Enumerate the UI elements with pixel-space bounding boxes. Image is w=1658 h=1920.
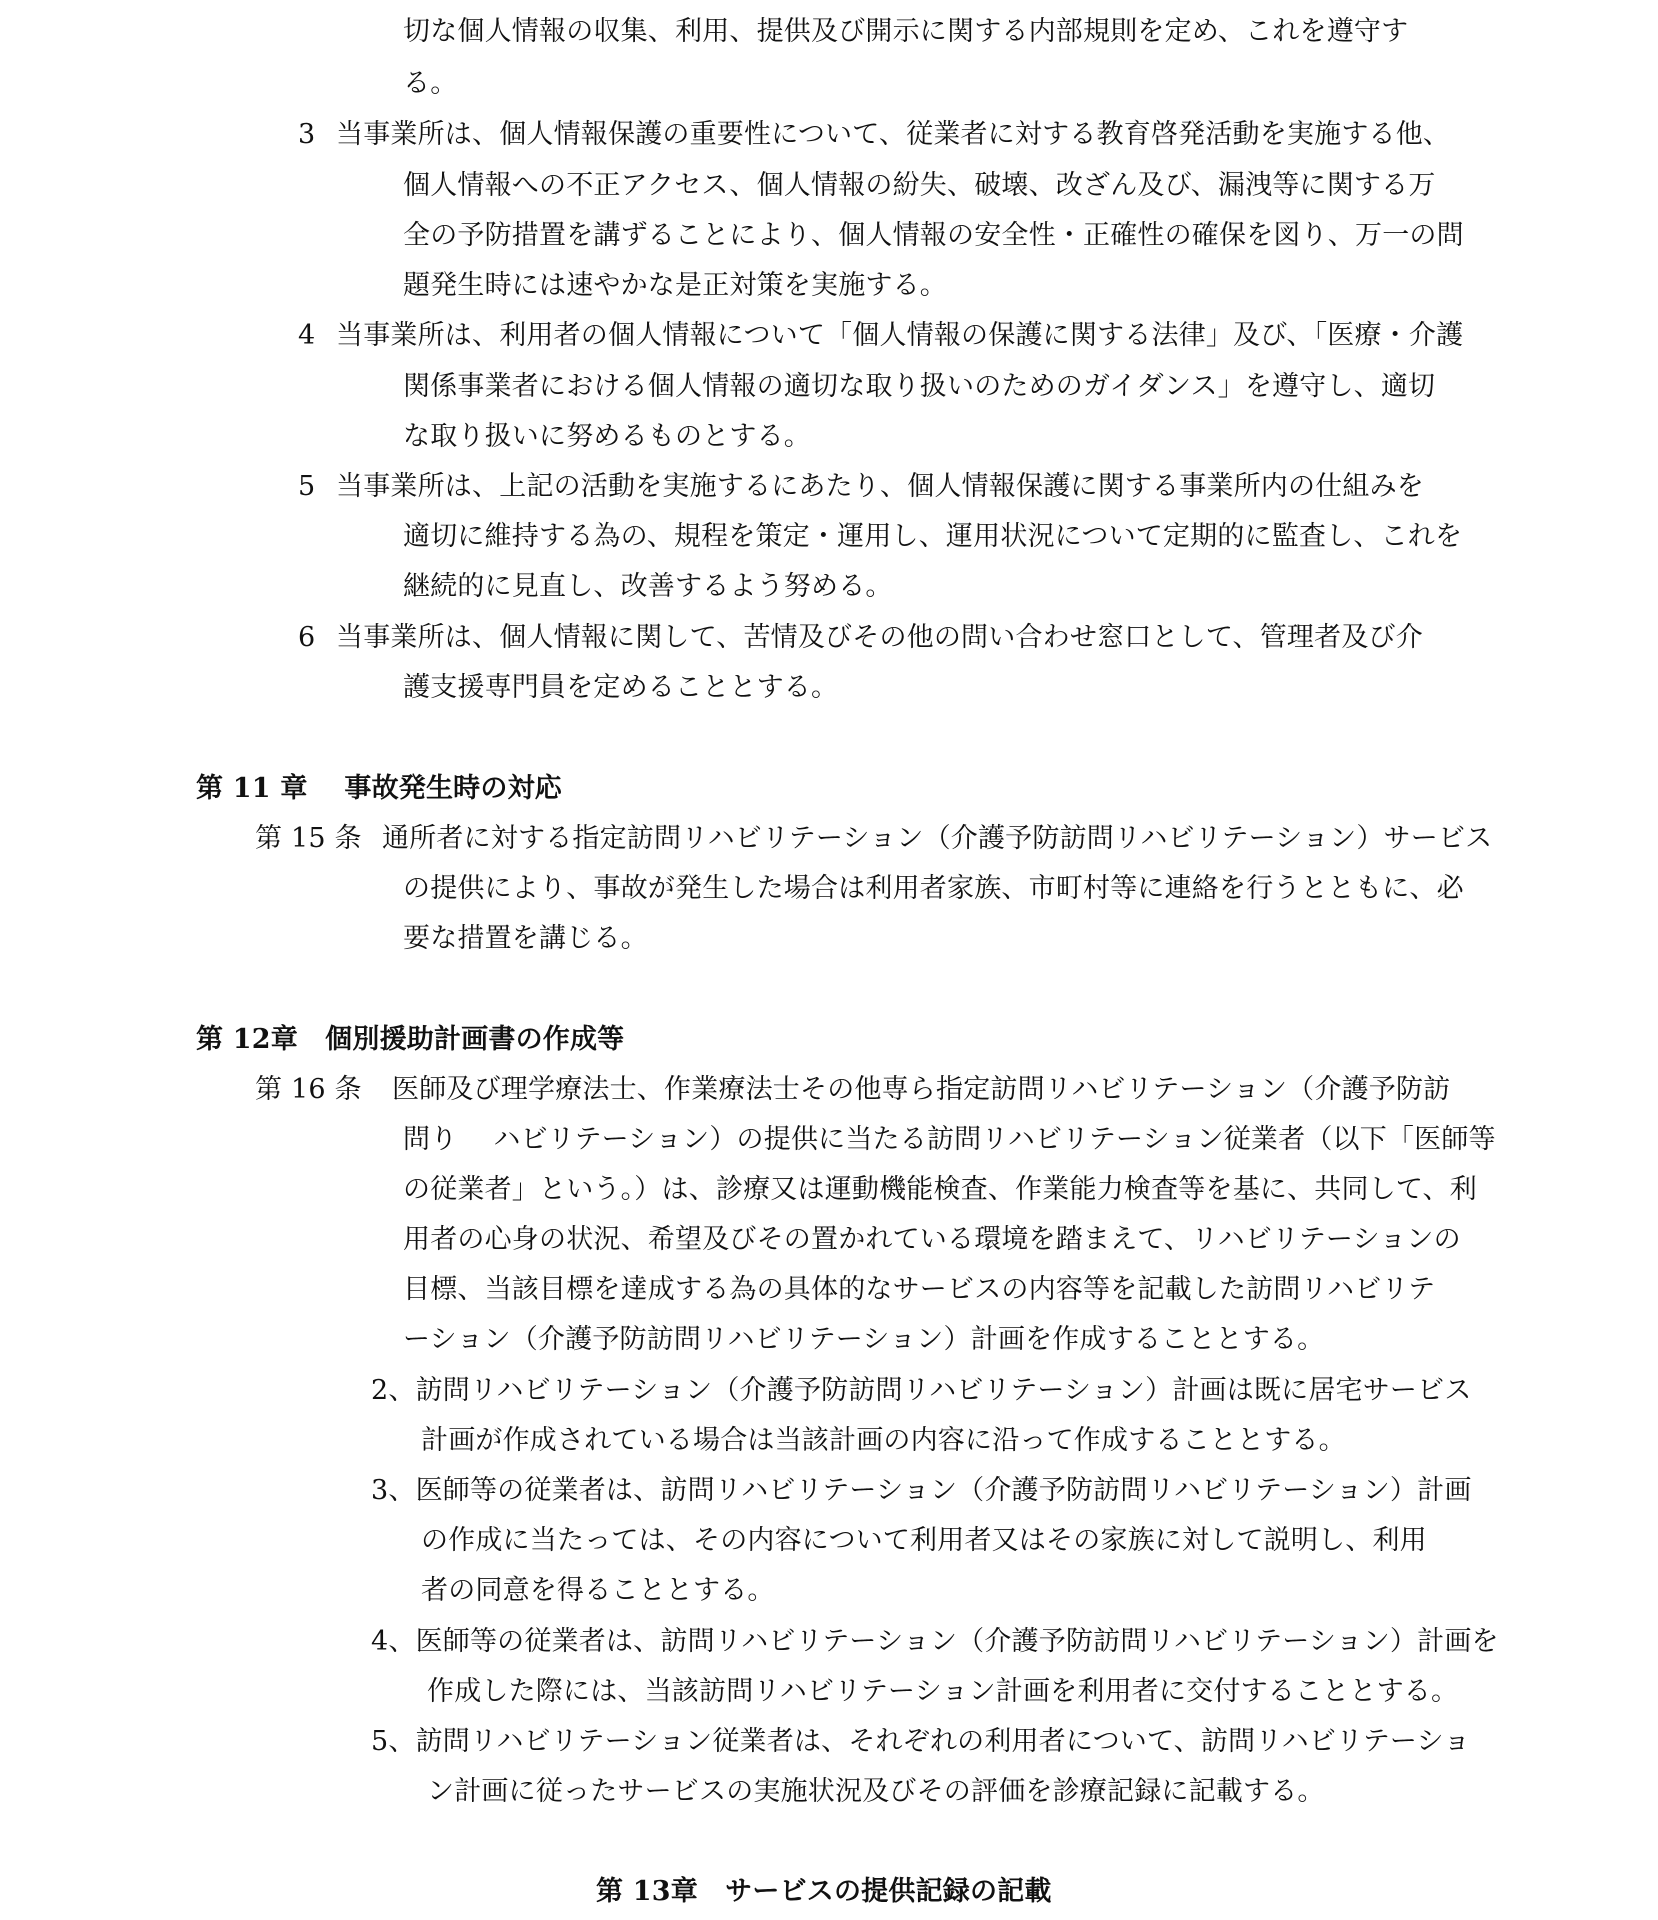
article-16-line-3: の従業者」という。）は、診療又は運動機能検査、作業能力検査等を基に、共同して、利 bbox=[403, 1176, 1477, 1203]
clause-4-line-1: 4、医師等の従業者は、訪問リハビリテーション（介護予防訪問リハビリテーション）計… bbox=[371, 1628, 1499, 1655]
privacy-item-4-line-1: 当事業所は、利用者の個人情報について「個人情報の保護に関する法律」及び、「医療・… bbox=[336, 322, 1463, 349]
privacy-item-6-line-1: 当事業所は、個人情報に関して、苦情及びその他の問い合わせ窓口として、管理者及び介 bbox=[336, 624, 1423, 651]
privacy-item-number-5: 5 bbox=[298, 473, 315, 500]
privacy-item-number-3: 3 bbox=[298, 121, 315, 148]
privacy-item-5-line-3: 継続的に見直し、改善するよう努める。 bbox=[403, 573, 893, 600]
article-15-line-3: 要な措置を講じる。 bbox=[403, 925, 648, 952]
chapter-11-heading: 第 11 章 事故発生時の対応 bbox=[196, 775, 562, 802]
clause-3-line-1: 3、医師等の従業者は、訪問リハビリテーション（介護予防訪問リハビリテーション）計… bbox=[371, 1477, 1472, 1504]
clause-4-line-2: 作成した際には、当該訪問リハビリテーション計画を利用者に交付することとする。 bbox=[427, 1678, 1458, 1705]
clause-3-line-3: 者の同意を得ることとする。 bbox=[421, 1577, 775, 1604]
privacy-item-3-line-2: 個人情報への不正アクセス、個人情報の紛失、破壊、改ざん及び、漏洩等に関する万 bbox=[403, 172, 1436, 199]
article-16-line-2: 問り ハビリテーション）の提供に当たる訪問リハビリテーション従業者（以下「医師等 bbox=[403, 1126, 1496, 1153]
privacy-item-5-line-1: 当事業所は、上記の活動を実施するにあたり、個人情報保護に関する事業所内の仕組みを bbox=[336, 473, 1424, 500]
clause-5-line-1: 5、訪問リハビリテーション従業者は、それぞれの利用者について、訪問リハビリテーシ… bbox=[371, 1728, 1470, 1755]
clause-2-line-1: 2、訪問リハビリテーション（介護予防訪問リハビリテーション）計画は既に居宅サービ… bbox=[371, 1377, 1472, 1404]
article-15-line-1: 通所者に対する指定訪問リハビリテーション（介護予防訪問リハビリテーション）サービ… bbox=[382, 825, 1492, 852]
article-16-line-6: ーション（介護予防訪問リハビリテーション）計画を作成することとする。 bbox=[403, 1326, 1324, 1353]
privacy-item-3-line-3: 全の予防措置を講ずることにより、個人情報の安全性・正確性の確保を図り、万一の問 bbox=[403, 222, 1464, 249]
privacy-item-4-line-3: な取り扱いに努めるものとする。 bbox=[403, 423, 811, 450]
article-15-line-2: の提供により、事故が発生した場合は利用者家族、市町村等に連絡を行うとともに、必 bbox=[403, 875, 1464, 902]
privacy-item-5-line-2: 適切に維持する為の、規程を策定・運用し、運用状況について定期的に監査し、これを bbox=[403, 523, 1462, 550]
clause-2-line-2: 計画が作成されている場合は当該計画の内容に沿って作成することとする。 bbox=[421, 1427, 1346, 1454]
privacy-item-number-6: 6 bbox=[298, 624, 315, 651]
chapter-12-heading: 第 12章 個別援助計画書の作成等 bbox=[196, 1026, 624, 1053]
article-15-label: 第 15 条 bbox=[255, 825, 362, 852]
chapter-13-heading: 第 13章 サービスの提供記録の記載 bbox=[596, 1878, 1052, 1905]
article-16-line-1: 医師及び理学療法士、作業療法士その他専ら指定訪問リハビリテーション（介護予防訪 bbox=[392, 1076, 1450, 1103]
intro-line-1: 切な個人情報の収集、利用、提供及び開示に関する内部規則を定め、これを遵守す bbox=[403, 18, 1408, 45]
privacy-item-3-line-1: 当事業所は、個人情報保護の重要性について、従業者に対する教育啓発活動を実施する他… bbox=[336, 121, 1450, 148]
intro-line-2: る。 bbox=[403, 70, 457, 97]
privacy-item-number-4: 4 bbox=[298, 322, 315, 349]
article-16-line-4: 用者の心身の状況、希望及びその置かれている環境を踏まえて、リハビリテーションの bbox=[403, 1226, 1461, 1253]
clause-3-line-2: の作成に当たっては、その内容について利用者又はその家族に対して説明し、利用 bbox=[421, 1527, 1427, 1554]
privacy-item-3-line-4: 題発生時には速やかな是正対策を実施する。 bbox=[403, 272, 947, 299]
privacy-item-4-line-2: 関係事業者における個人情報の適切な取り扱いのためのガイダンス」を遵守し、適切 bbox=[403, 373, 1435, 400]
article-16-line-5: 目標、当該目標を達成する為の具体的なサービスの内容等を記載した訪問リハビリテ bbox=[403, 1276, 1435, 1303]
privacy-item-6-line-2: 護支援専門員を定めることとする。 bbox=[403, 674, 838, 701]
clause-5-line-2: ン計画に従ったサービスの実施状況及びその評価を診療記録に記載する。 bbox=[427, 1778, 1325, 1805]
article-16-label: 第 16 条 bbox=[255, 1076, 362, 1103]
